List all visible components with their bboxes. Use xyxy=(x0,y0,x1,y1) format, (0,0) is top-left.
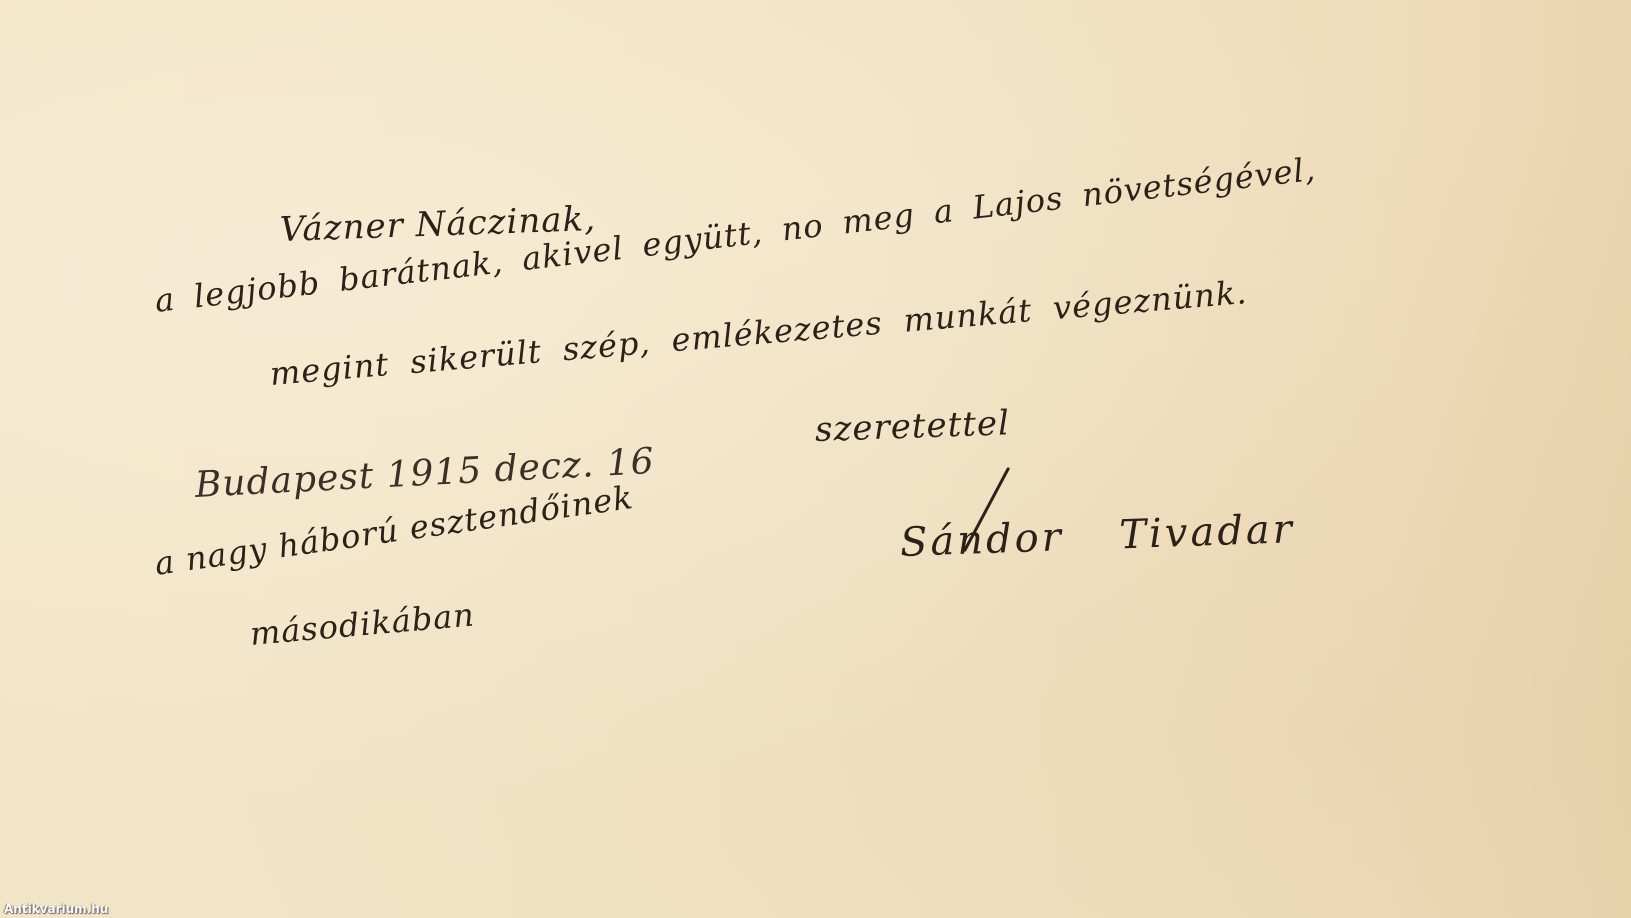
war-year-line-2: másodikában xyxy=(248,595,476,653)
paper-page: Vázner Náczinak, a legjobb barátnak, aki… xyxy=(0,0,1631,918)
dedication-closing: szeretettel xyxy=(814,403,1010,450)
watermark-logo: Antikvarium.hu xyxy=(4,902,108,916)
dedication-line-3: megint sikerült szép, emlékezetes munkát… xyxy=(268,273,1248,393)
signature: Sándor Tivadar xyxy=(899,506,1295,566)
